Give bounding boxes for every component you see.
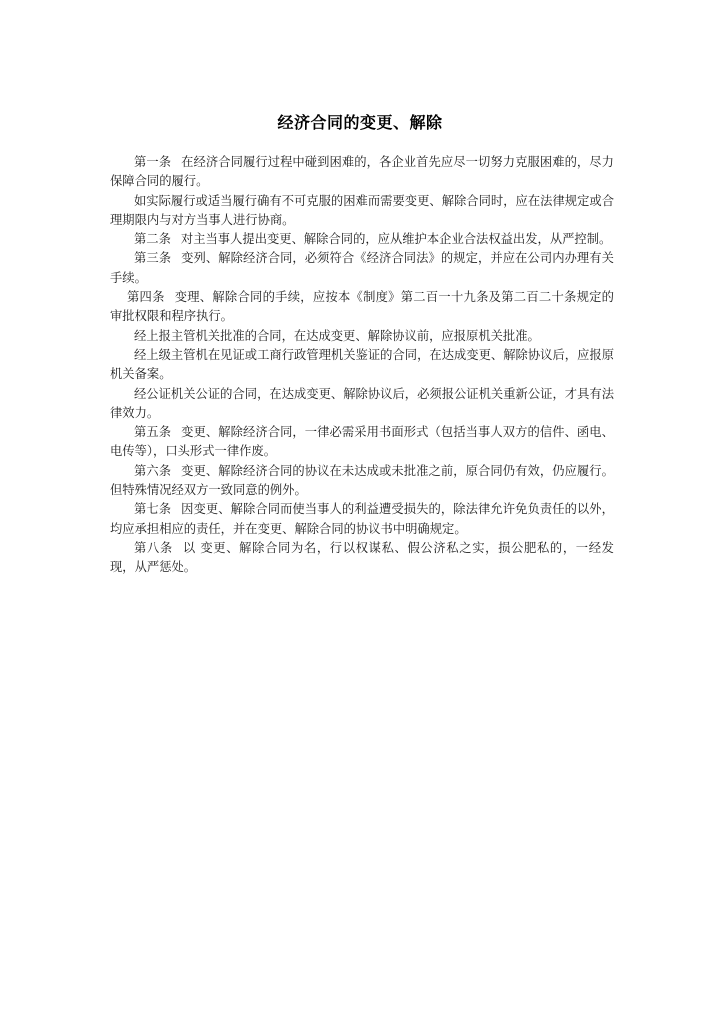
article-label: 第四条: [127, 290, 165, 304]
article-label: 第二条: [134, 232, 171, 246]
paragraph-article-3: 第三条变列、解除经济合同，必须符合《经济合同法》的规定，并应在公司内办理有关手续…: [110, 249, 614, 288]
paragraph-article-2: 第二条对主当事人提出变更、解除合同的，应从维护本企业合法权益出发，从严控制。: [110, 230, 614, 249]
paragraph-text: 在经济合同履行过程中碰到困难的，各企业首先应尽一切努力克服困难的，尽力保障合同的…: [110, 155, 614, 188]
paragraph-text: 以 变更、解除合同为名，行以权谋私、假公济私之实，损公肥私的，一经发现，从严惩处…: [110, 541, 614, 574]
article-label: 第一条: [134, 155, 171, 169]
document-page: 经济合同的变更、解除 第一条在经济合同履行过程中碰到困难的，各企业首先应尽一切努…: [0, 0, 720, 1017]
paragraph-text: 变理、解除合同的手续，应按本《制度》第二百一十九条及第二百二十条规定的审批权限和…: [110, 290, 614, 323]
paragraph-article-1: 第一条在经济合同履行过程中碰到困难的，各企业首先应尽一切努力克服困难的，尽力保障…: [110, 153, 614, 192]
paragraph-article-1-cont: 如实际履行或适当履行确有不可克服的困难而需要变更、解除合同时，应在法律规定或合理…: [110, 192, 614, 231]
article-label: 第七条: [134, 502, 171, 516]
article-label: 第五条: [134, 425, 171, 439]
paragraph-article-4-sub-2: 经上级主管机在见证或工商行政管理机关鉴证的合同，在达成变更、解除协议后，应报原机…: [110, 346, 614, 385]
paragraph-article-7: 第七条因变更、解除合同而使当事人的利益遭受损失的，除法律允许免负责任的以外，均应…: [110, 500, 614, 539]
document-title: 经济合同的变更、解除: [0, 112, 720, 134]
paragraph-text: 对主当事人提出变更、解除合同的，应从维护本企业合法权益出发，从严控制。: [181, 232, 611, 246]
paragraph-text: 因变更、解除合同而使当事人的利益遭受损失的，除法律允许免负责任的以外，均应承担相…: [110, 502, 614, 535]
paragraph-text: 变更、解除经济合同，一律必需采用书面形式（包括当事人双方的信件、函电、电传等），…: [110, 425, 614, 458]
paragraph-text: 变列、解除经济合同，必须符合《经济合同法》的规定，并应在公司内办理有关手续。: [110, 251, 614, 284]
document-body: 第一条在经济合同履行过程中碰到困难的，各企业首先应尽一切努力克服困难的，尽力保障…: [110, 153, 614, 578]
paragraph-article-5: 第五条变更、解除经济合同，一律必需采用书面形式（包括当事人双方的信件、函电、电传…: [110, 423, 614, 462]
article-label: 第八条: [134, 541, 173, 555]
paragraph-text: 经公证机关公证的合同，在达成变更、解除协议后，必须报公证机关重新公证，才具有法律…: [110, 387, 614, 420]
article-label: 第三条: [134, 251, 171, 265]
paragraph-article-4-sub-1: 经上报主管机关批准的合同，在达成变更、解除协议前，应报原机关批准。: [110, 327, 614, 346]
paragraph-text: 经上报主管机关批准的合同，在达成变更、解除协议前，应报原机关批准。: [134, 329, 540, 343]
paragraph-text: 经上级主管机在见证或工商行政管理机关鉴证的合同，在达成变更、解除协议后，应报原机…: [110, 348, 614, 381]
paragraph-text: 变更、解除经济合同的协议在未达成或未批准之前，原合同仍有效，仍应履行。但特殊情况…: [110, 464, 614, 497]
paragraph-article-6: 第六条变更、解除经济合同的协议在未达成或未批准之前，原合同仍有效，仍应履行。但特…: [110, 462, 614, 501]
paragraph-text: 如实际履行或适当履行确有不可克服的困难而需要变更、解除合同时，应在法律规定或合理…: [110, 194, 614, 227]
paragraph-article-4-sub-3: 经公证机关公证的合同，在达成变更、解除协议后，必须报公证机关重新公证，才具有法律…: [110, 385, 614, 424]
article-label: 第六条: [134, 464, 171, 478]
paragraph-article-8: 第八条以 变更、解除合同为名，行以权谋私、假公济私之实，损公肥私的，一经发现，从…: [110, 539, 614, 578]
paragraph-article-4: 第四条变理、解除合同的手续，应按本《制度》第二百一十九条及第二百二十条规定的审批…: [110, 288, 614, 327]
